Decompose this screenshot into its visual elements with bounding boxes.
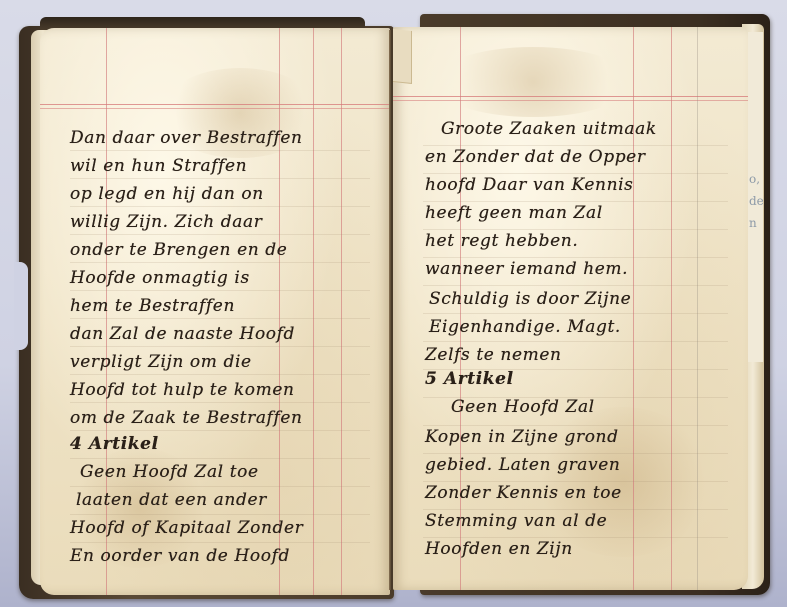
ruled-line <box>70 346 370 347</box>
ruled-line <box>423 341 728 342</box>
ruled-line <box>70 262 370 263</box>
ruled-line <box>70 430 370 431</box>
handwritten-line: om de Zaak te Bestraffen <box>70 408 303 428</box>
paper-stain <box>433 47 633 117</box>
handwritten-line: En oorder van de Hoofd <box>70 546 290 566</box>
handwritten-line: dan Zal de naaste Hoofd <box>70 324 295 344</box>
handwritten-line: Hoofd of Kapitaal Zonder <box>70 518 303 538</box>
column-rule <box>279 28 280 595</box>
ruled-line <box>70 458 370 459</box>
handwritten-line: heeft geen man Zal <box>425 203 603 223</box>
article-heading: 4 Artikel <box>70 434 159 454</box>
handwritten-line: verpligt Zijn om die <box>70 352 252 372</box>
handwritten-line: Schuldig is door Zijne <box>429 289 631 309</box>
column-rule <box>341 28 342 595</box>
ruled-line <box>423 537 728 538</box>
column-rule <box>697 27 698 590</box>
handwritten-line: wil en hun Straffen <box>70 156 247 176</box>
handwritten-line: Dan daar over Bestraffen <box>70 128 303 148</box>
right-page: Groote Zaaken uitmaak en Zonder dat de O… <box>393 27 748 590</box>
cover-wear-notch <box>14 262 28 350</box>
column-rule <box>633 27 634 590</box>
printed-leaf-edge: o, de n <box>746 32 763 362</box>
handwritten-line: hem te Bestraffen <box>70 296 235 316</box>
ruled-line <box>423 173 728 174</box>
handwritten-line: hoofd Daar van Kennis <box>425 175 633 195</box>
header-rule <box>40 104 390 109</box>
ruled-line <box>70 374 370 375</box>
ruled-line <box>70 318 370 319</box>
handwritten-line: gebied. Laten graven <box>425 455 620 475</box>
ruled-line <box>423 145 728 146</box>
handwritten-line: laaten dat een ander <box>76 490 267 510</box>
ruled-line <box>70 150 370 151</box>
handwritten-line: op legd en hij dan on <box>70 184 264 204</box>
handwritten-line: Eigenhandige. Magt. <box>429 317 621 337</box>
ruled-line <box>70 514 370 515</box>
notebook-photo: o, de n Dan daar over Bestraffen wil en … <box>0 0 787 607</box>
ruled-line <box>423 481 728 482</box>
ruled-line <box>70 206 370 207</box>
handwritten-line: Stemming van al de <box>425 511 607 531</box>
handwritten-line: en Zonder dat de Opper <box>425 147 646 167</box>
handwritten-line: onder te Brengen en de <box>70 240 287 260</box>
handwritten-line: Hoofde onmagtig is <box>70 268 250 288</box>
printed-fragment: de <box>749 194 763 208</box>
handwritten-line: Geen Hoofd Zal <box>451 397 595 417</box>
ruled-line <box>423 201 728 202</box>
article-heading: 5 Artikel <box>425 369 514 389</box>
handwritten-line: willig Zijn. Zich daar <box>70 212 262 232</box>
ruled-line <box>423 453 728 454</box>
ruled-line <box>70 178 370 179</box>
ruled-line <box>423 509 728 510</box>
ruled-line <box>423 285 728 286</box>
handwritten-line: Zonder Kennis en toe <box>425 483 622 503</box>
printed-fragment: n <box>749 216 757 230</box>
column-rule <box>313 28 314 595</box>
torn-page-flap <box>393 29 412 84</box>
handwritten-line: wanneer iemand hem. <box>425 259 628 279</box>
ruled-line <box>70 290 370 291</box>
handwritten-line: Kopen in Zijne grond <box>425 427 619 447</box>
ruled-line <box>70 542 370 543</box>
handwritten-line: Hoofd tot hulp te komen <box>70 380 295 400</box>
handwritten-line: het regt hebben. <box>425 231 578 251</box>
ruled-line <box>70 234 370 235</box>
printed-fragment: o, <box>749 172 760 186</box>
ruled-line <box>423 313 728 314</box>
ruled-line <box>70 486 370 487</box>
handwritten-line: Geen Hoofd Zal toe <box>80 462 259 482</box>
ruled-line <box>423 257 728 258</box>
handwritten-line: Zelfs te nemen <box>425 345 562 365</box>
ruled-line <box>423 229 728 230</box>
handwritten-line: Groote Zaaken uitmaak <box>441 119 657 139</box>
ruled-line <box>70 402 370 403</box>
ruled-line <box>423 425 728 426</box>
handwritten-line: Hoofden en Zijn <box>425 539 573 559</box>
header-rule <box>393 96 748 101</box>
column-rule <box>671 27 672 590</box>
left-page: Dan daar over Bestraffen wil en hun Stra… <box>40 28 390 595</box>
